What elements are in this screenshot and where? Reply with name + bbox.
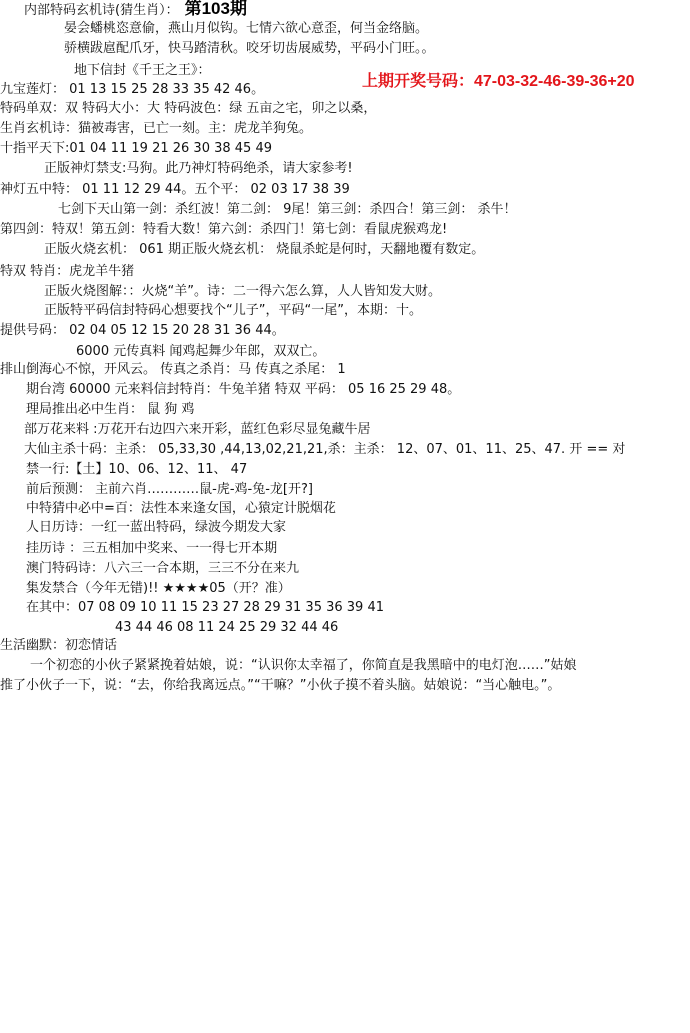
envelope-line: 正版特平码信封特码心想要找个“儿子”，平码“一尾”，本期：十。: [44, 302, 422, 320]
ten-fingers-line: 十指平天下:01 04 11 19 21 26 30 38 45 49: [0, 140, 272, 158]
underground-title: 地下信封《千王之王》：: [74, 62, 211, 80]
lamp-ban-line: 正版神灯禁支:马狗。此乃神灯特码绝杀，请大家参考!: [44, 160, 353, 178]
special-zodiac-line: 特双 特肖：虎龙羊牛猪: [0, 263, 134, 281]
fourth-sword-line: 第四剑：特双！第五剑：特看大数！第六剑：杀四门！第七剑：看鼠虎猴鸡龙!: [0, 221, 447, 239]
last-draw-numbers: 上期开奖号码：47-03-32-46-39-36+20: [362, 68, 635, 91]
hanging-poem-line: 挂历诗 ：三五相加中奖来、一一得七开本期: [26, 540, 277, 558]
guess-line: 中特猜中必中=百：法性本来逢女国，心猿定计脱烟花: [26, 500, 336, 518]
fire-diagram-line: 正版火烧图解：：火烧“羊”。诗：二一得六怎么算，人人皆知发大财。: [44, 283, 441, 301]
among-line-cont: 43 44 46 08 11 24 25 29 32 44 46: [115, 619, 338, 637]
poem-line-2: 骄横跋扈配爪牙，快马踏清秋。咬牙切齿展威势，平码小门旺。。: [64, 40, 435, 58]
macau-poem-line: 澳门特码诗：八六三一合本期，三三不分在来九: [26, 560, 299, 578]
forecast-line: 前后预测： 主前六肖…………鼠-虎-鸡-兔-龙[开?]: [26, 481, 313, 499]
among-line: 在其中：07 08 09 10 11 15 23 27 28 29 31 35 …: [26, 599, 384, 617]
poem-header: 内部特码玄机诗(猜生肖）：第103期: [24, 0, 247, 18]
humor-line-2: 推了小伙子一下，说：“去，你给我离远点。”“干嘛？”小伙子摸不着头脑。姑娘说：“…: [0, 677, 560, 695]
ban-row-line: 禁一行:【土】10、06、12、11、 47: [26, 461, 247, 479]
mountain-line: 排山倒海心不惊，开风云。 传真之杀肖：马 传真之杀尾： 1: [0, 361, 346, 379]
ban-combo-line: 集发禁合（今年无错)!! ★★★★05（开？准）: [26, 580, 291, 598]
seven-swords-line: 七剑下天山第一剑：杀红波！第二剑： 9尾！第三剑：杀四合！第三剑： 杀牛！: [58, 201, 517, 219]
bureau-line: 理局推出必中生肖： 鼠 狗 鸡: [26, 401, 194, 419]
provided-numbers-line: 提供号码： 02 04 05 12 15 20 28 31 36 44。: [0, 322, 285, 340]
humor-title: 生活幽默：初恋情话: [0, 637, 117, 655]
nine-lotus-line: 九宝莲灯： 01 13 15 25 28 33 35 42 46。: [0, 81, 264, 99]
flower-line: 部万花来料 :万花开右边四六来开彩，蓝红色彩尽显兔藏牛居: [24, 421, 371, 439]
fire-mystery-line: 正版火烧玄机： 061 期正版火烧玄机： 烧鼠杀蛇是何时，天翻地覆有数定。: [44, 241, 484, 259]
poem-title: 内部特码玄机诗(猜生肖）：: [24, 3, 179, 18]
zodiac-poem-line: 生肖玄机诗：猫被毒害，已亡一刻。主：虎龙羊狗兔。: [0, 120, 312, 138]
immortal-kill-line: 大仙主杀十码：主杀： 05,33,30 ,44,13,02,21,21,杀：主杀…: [24, 441, 625, 459]
poem-line-1: 晏会蟠桃恣意偷，燕山月似钩。七情六欲心意歪，何当金络脑。: [64, 20, 428, 38]
lamp-five-line: 神灯五中特： 01 11 12 29 44。五个平： 02 03 17 38 3…: [0, 181, 350, 199]
taiwan-line: 期台湾 60000 元来料信封特肖：牛兔羊猪 特双 平码： 05 16 25 2…: [26, 381, 460, 399]
humor-line-1: 一个初恋的小伙子紧紧挽着姑娘，说：“认识你太幸福了，你简直是我黑暗中的电灯泡………: [30, 657, 576, 675]
odd-even-line: 特码单双：双 特码大小：大 特码波色：绿 五亩之宅，卯之以桑，: [0, 100, 376, 118]
period-title: 第103期: [185, 0, 247, 18]
calendar-poem-line: 人日历诗：一红一蓝出特码，绿波今期发大家: [26, 519, 286, 537]
fax-line: 6000 元传真料 闻鸡起舞少年郎，双双亡。: [76, 343, 325, 361]
